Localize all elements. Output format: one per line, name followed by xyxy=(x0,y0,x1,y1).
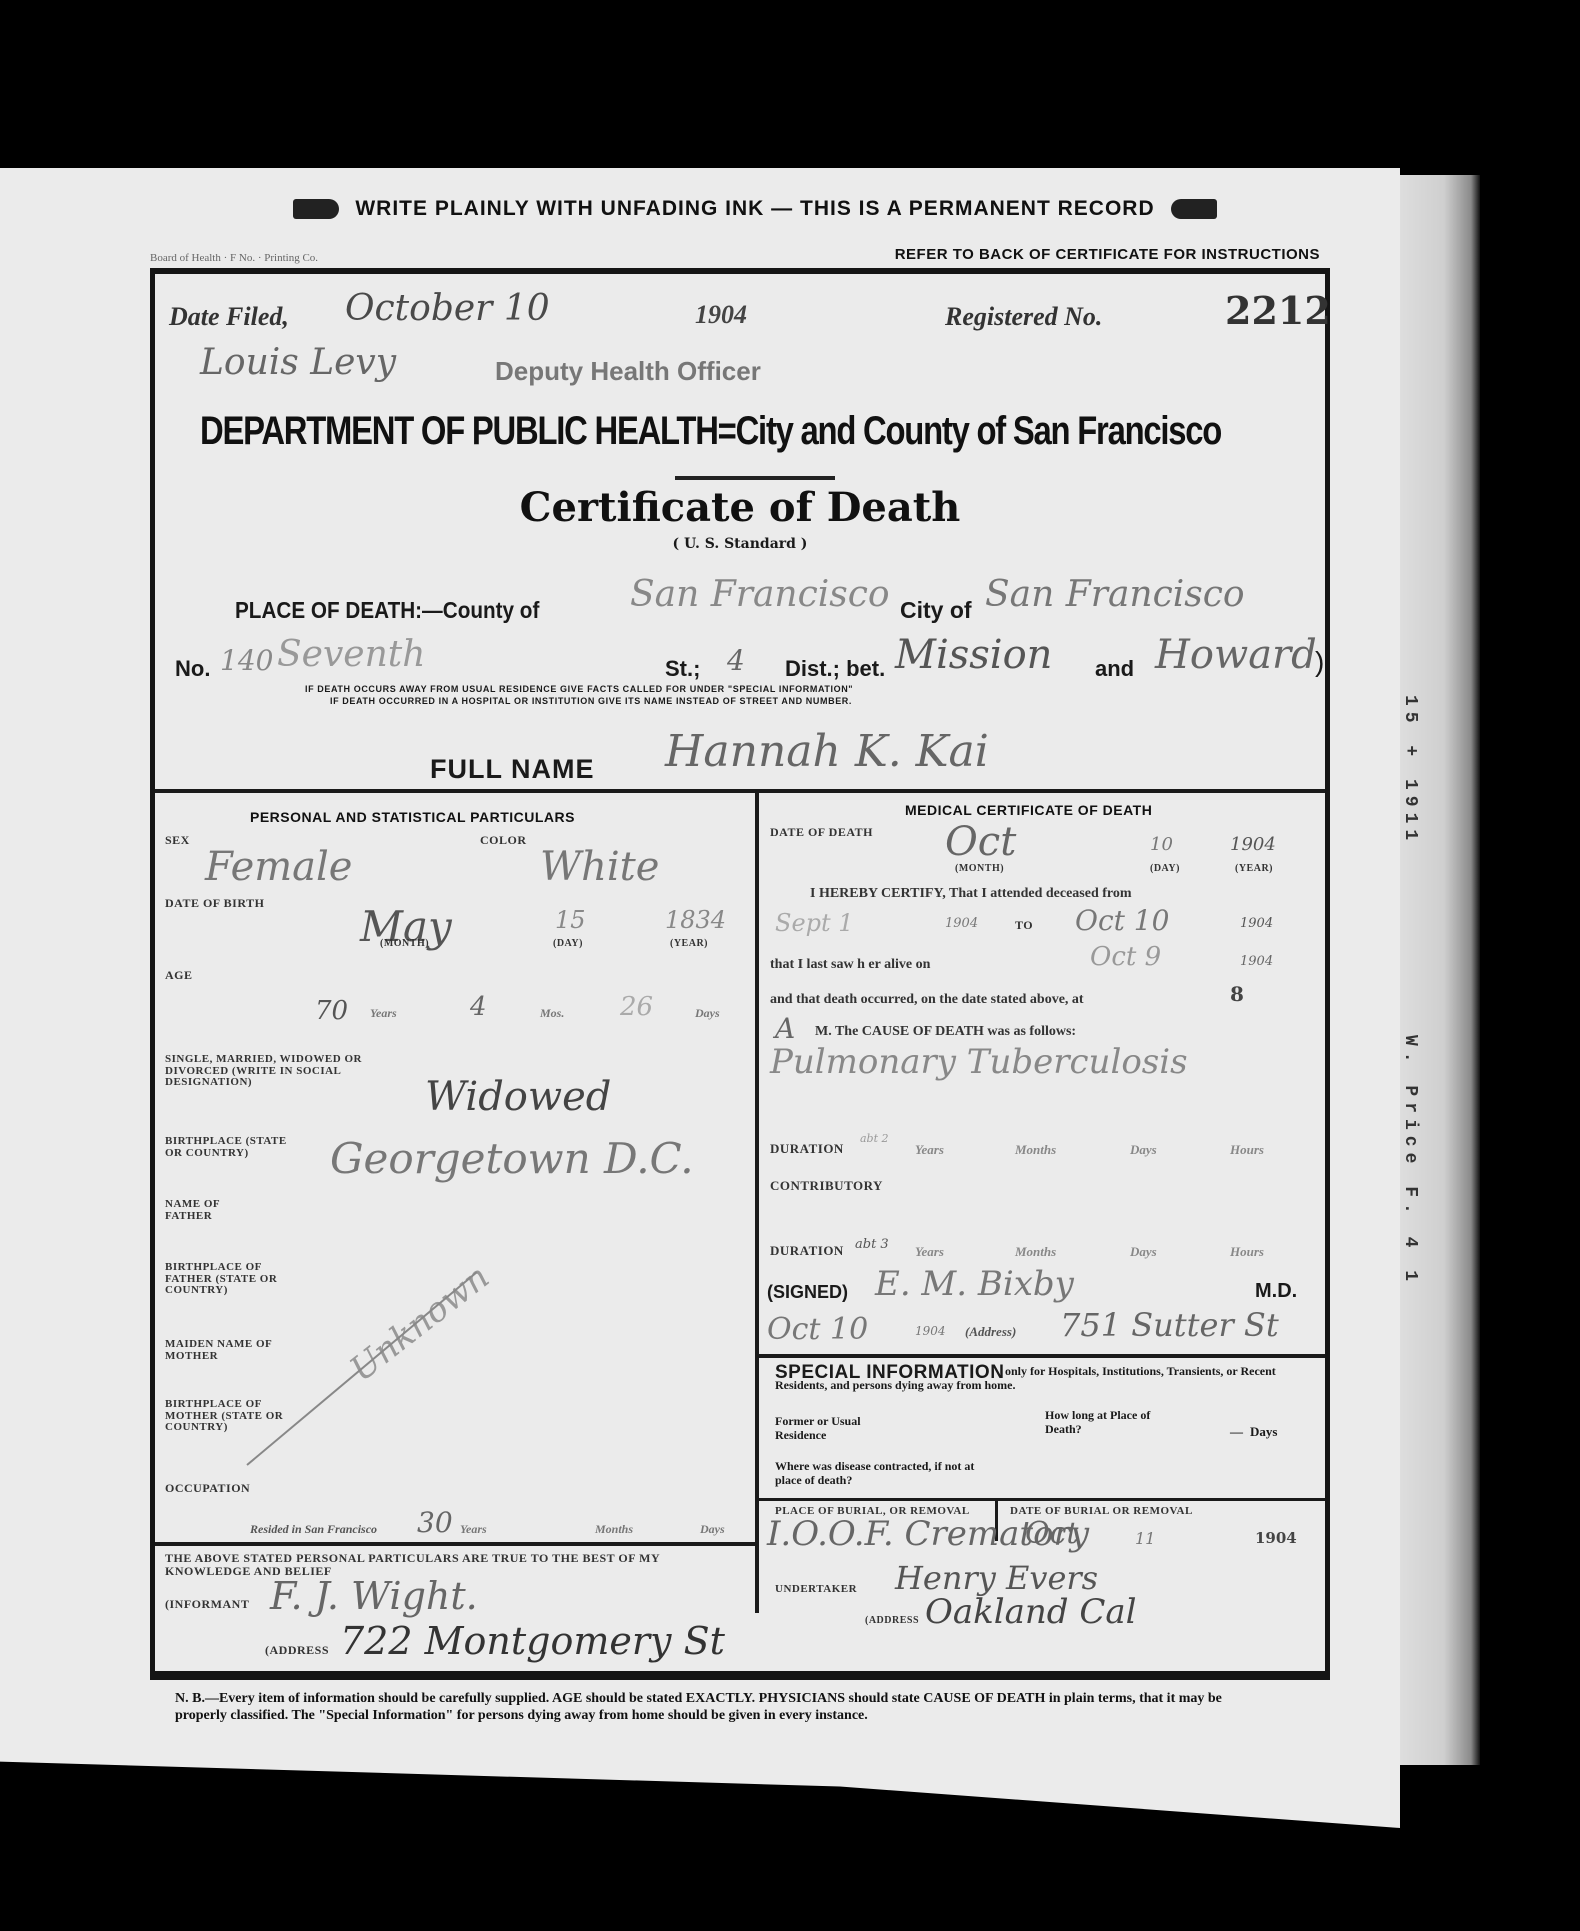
duration-2-value: abt 3 xyxy=(855,1237,889,1252)
year-caption: (Year) xyxy=(670,939,708,950)
pointing-hand-icon xyxy=(1171,199,1217,219)
mother-maiden-name-label: MAIDEN NAME OF MOTHER xyxy=(165,1339,295,1362)
full-name-label: FULL NAME xyxy=(430,754,595,785)
dist-label: Dist.; bet. xyxy=(785,656,885,682)
burial-year: 1904 xyxy=(1255,1529,1297,1547)
duration-2-label: DURATION xyxy=(770,1244,844,1258)
date-of-death-label: DATE OF DEATH xyxy=(770,826,873,839)
divider xyxy=(155,789,1325,793)
attended-from-year: 1904 xyxy=(945,916,978,931)
how-long-label: How long at Place of Death? xyxy=(1045,1408,1165,1436)
meridiem: A xyxy=(775,1012,795,1045)
department-title: DEPARTMENT OF PUBLIC HEALTH=City and Cou… xyxy=(200,409,1086,454)
cause-text: M. The CAUSE OF DEATH was as follows: xyxy=(815,1024,1076,1040)
attended-from: Sept 1 xyxy=(775,909,854,937)
marital-value: Widowed xyxy=(425,1074,611,1120)
between-street-2: Howard xyxy=(1155,632,1317,678)
officer-signature: Louis Levy xyxy=(200,342,396,383)
place-of-death-label: PLACE OF DEATH:—County of xyxy=(235,597,539,624)
date-filed-value: October 10 xyxy=(345,288,550,329)
street-number: 140 xyxy=(220,644,273,677)
physician-address: 751 Sutter St xyxy=(1060,1306,1279,1344)
street-name: Seventh xyxy=(277,634,425,675)
death-hour: 8 xyxy=(1230,982,1244,1006)
certificate-frame: Date Filed, October 10 1904 Registered N… xyxy=(150,268,1330,1680)
place-note-2: IF DEATH OCCURRED IN A HOSPITAL OR INSTI… xyxy=(330,696,852,706)
color-label: COLOR xyxy=(480,834,527,847)
registered-number: 2212 xyxy=(1225,288,1331,333)
footnote: N. B.—Every item of information should b… xyxy=(175,1690,1255,1724)
physician-address-label: (Address) xyxy=(965,1324,1016,1340)
attended-to: Oct 10 xyxy=(1075,904,1169,937)
informant-address: 722 Montgomery St xyxy=(340,1619,725,1663)
registered-label: Registered No. xyxy=(945,302,1102,332)
unknown-annotation: Unknown xyxy=(343,1257,497,1390)
former-residence-label: Former or Usual Residence xyxy=(775,1414,885,1442)
divider xyxy=(675,476,835,480)
duration-2-months-caption: Months xyxy=(1015,1244,1056,1260)
month-caption: (Month) xyxy=(955,864,1004,875)
column-divider xyxy=(755,793,759,1613)
day-caption: (Day) xyxy=(553,939,583,950)
burial-day: 11 xyxy=(1135,1529,1155,1548)
physician-signature: E. M. Bixby xyxy=(875,1264,1074,1304)
age-days: 26 xyxy=(620,992,653,1022)
edge-stamp: W. Price F. 4 1 xyxy=(1400,1035,1420,1287)
death-day: 10 xyxy=(1150,834,1173,855)
resided-years-caption: Years xyxy=(460,1522,487,1537)
officer-title: Deputy Health Officer xyxy=(495,356,761,387)
sex-value: Female xyxy=(205,844,352,890)
banner: WRITE PLAINLY WITH UNFADING INK — THIS I… xyxy=(210,197,1300,221)
standard-subtitle: ( U. S. Standard ) xyxy=(155,536,1325,552)
date-filed-year: 1904 xyxy=(695,300,747,330)
how-long-days: Days xyxy=(1250,1424,1277,1440)
signed-label: (SIGNED) xyxy=(767,1282,848,1303)
date-filed-label: Date Filed, xyxy=(169,302,289,332)
sex-label: SEX xyxy=(165,834,190,847)
informant-label: (Informant xyxy=(165,1598,249,1611)
duration-hours-caption: Hours xyxy=(1230,1142,1264,1158)
age-months-caption: Mos. xyxy=(540,1006,564,1021)
age-years-caption: Years xyxy=(370,1006,397,1021)
footnote-text: Every item of information should be care… xyxy=(175,1691,1222,1723)
duration-years-caption: Years xyxy=(915,1142,944,1158)
marital-label: SINGLE, MARRIED, WIDOWED OR DIVORCED (Wr… xyxy=(165,1054,395,1089)
md-label: M.D. xyxy=(1255,1280,1297,1303)
birthplace-value: Georgetown D.C. xyxy=(330,1134,694,1183)
footnote-prefix: N. B.— xyxy=(175,1691,219,1706)
to-label: to xyxy=(1015,919,1033,932)
undertaker-address-label: (Address xyxy=(865,1616,919,1627)
place-note-1: IF DEATH OCCURS AWAY FROM USUAL RESIDENC… xyxy=(305,684,853,694)
dob-label: DATE OF BIRTH xyxy=(165,897,264,910)
duration-label: DURATION xyxy=(770,1142,844,1156)
father-birthplace-label: BIRTHPLACE OF FATHER (State or Country) xyxy=(165,1262,295,1297)
duration-2-hours-caption: Hours xyxy=(1230,1244,1264,1260)
special-info-note: only for Hospitals, Institutions, Transi… xyxy=(775,1364,1315,1392)
city-label: City of xyxy=(900,597,972,624)
how-long-value: — xyxy=(1230,1424,1243,1440)
resided-years: 30 xyxy=(417,1506,453,1539)
resided-label: Resided in San Francisco xyxy=(250,1522,377,1537)
attended-to-year: 1904 xyxy=(1240,916,1273,931)
disease-contracted-label: Where was disease contracted, if not at … xyxy=(775,1459,975,1487)
contributory-label: CONTRIBUTORY xyxy=(770,1179,883,1193)
burial-month: Oct xyxy=(1025,1516,1078,1551)
duration-2-years-caption: Years xyxy=(915,1244,944,1260)
cause-of-death: Pulmonary Tuberculosis xyxy=(770,1042,1188,1082)
father-name-label: NAME OF FATHER xyxy=(165,1199,255,1222)
city-value: San Francisco xyxy=(985,574,1245,615)
ward-value: 4 xyxy=(727,644,745,677)
divider xyxy=(759,1354,1325,1358)
edge-stamp: 15 + 1911 xyxy=(1400,695,1420,846)
signed-year: 1904 xyxy=(915,1324,946,1338)
duration-days-caption: Days xyxy=(1130,1142,1157,1158)
undertaker-label: UNDERTAKER xyxy=(775,1584,857,1596)
refer-instructions: REFER TO BACK OF CERTIFICATE FOR INSTRUC… xyxy=(895,246,1320,263)
birthplace-label: BIRTHPLACE (State or Country) xyxy=(165,1136,295,1159)
st-label: St.; xyxy=(665,656,700,682)
year-caption: (Year) xyxy=(1235,864,1273,875)
pointing-hand-icon xyxy=(293,199,339,219)
duration-value: abt 2 xyxy=(860,1132,889,1145)
color-value: White xyxy=(540,844,659,890)
undertaker-address: Oakland Cal xyxy=(925,1592,1137,1632)
duration-months-caption: Months xyxy=(1015,1142,1056,1158)
county-value: San Francisco xyxy=(630,574,890,615)
medical-heading: MEDICAL CERTIFICATE OF DEATH xyxy=(905,802,1152,818)
divider xyxy=(155,1542,755,1546)
and-label: and xyxy=(1095,656,1134,682)
informant-address-label: (Address xyxy=(265,1644,329,1657)
informant-name: F. J. Wight. xyxy=(270,1574,478,1618)
death-year: 1904 xyxy=(1230,834,1276,855)
age-years: 70 xyxy=(315,996,348,1026)
street-no-label: No. xyxy=(175,656,210,682)
month-caption: (Month) xyxy=(380,939,429,950)
certify-text: I HEREBY CERTIFY, That I attended deceas… xyxy=(810,886,1132,902)
signed-date: Oct 10 xyxy=(767,1312,868,1347)
divider xyxy=(759,1498,1325,1501)
paren: ) xyxy=(1315,646,1324,678)
between-street-1: Mission xyxy=(895,632,1052,678)
mother-birthplace-label: BIRTHPLACE OF MOTHER (State or Country) xyxy=(165,1399,295,1434)
printer-mark: Board of Health · F No. · Printing Co. xyxy=(150,252,318,264)
last-saw-text: that I last saw h er alive on xyxy=(770,957,930,973)
resided-months-caption: Months xyxy=(595,1522,633,1537)
full-name-value: Hannah K. Kai xyxy=(665,726,989,777)
day-caption: (Day) xyxy=(1150,864,1180,875)
resided-days-caption: Days xyxy=(700,1522,725,1537)
age-months: 4 xyxy=(470,992,487,1022)
death-month: Oct xyxy=(945,819,1016,865)
strike-line xyxy=(246,1271,477,1465)
occupation-label: OCCUPATION xyxy=(165,1482,250,1495)
age-label: AGE xyxy=(165,969,193,982)
certificate-title: Certificate of Death xyxy=(155,484,1325,531)
death-time-text: and that death occurred, on the date sta… xyxy=(770,992,1084,1008)
banner-text: WRITE PLAINLY WITH UNFADING INK — THIS I… xyxy=(355,197,1154,220)
last-saw-year: 1904 xyxy=(1240,954,1273,969)
duration-2-days-caption: Days xyxy=(1130,1244,1157,1260)
last-saw-date: Oct 9 xyxy=(1090,942,1161,972)
dob-day: 15 xyxy=(555,906,586,934)
age-days-caption: Days xyxy=(695,1006,720,1021)
personal-heading: PERSONAL AND STATISTICAL PARTICULARS xyxy=(250,809,575,825)
dob-year: 1834 xyxy=(665,906,726,934)
